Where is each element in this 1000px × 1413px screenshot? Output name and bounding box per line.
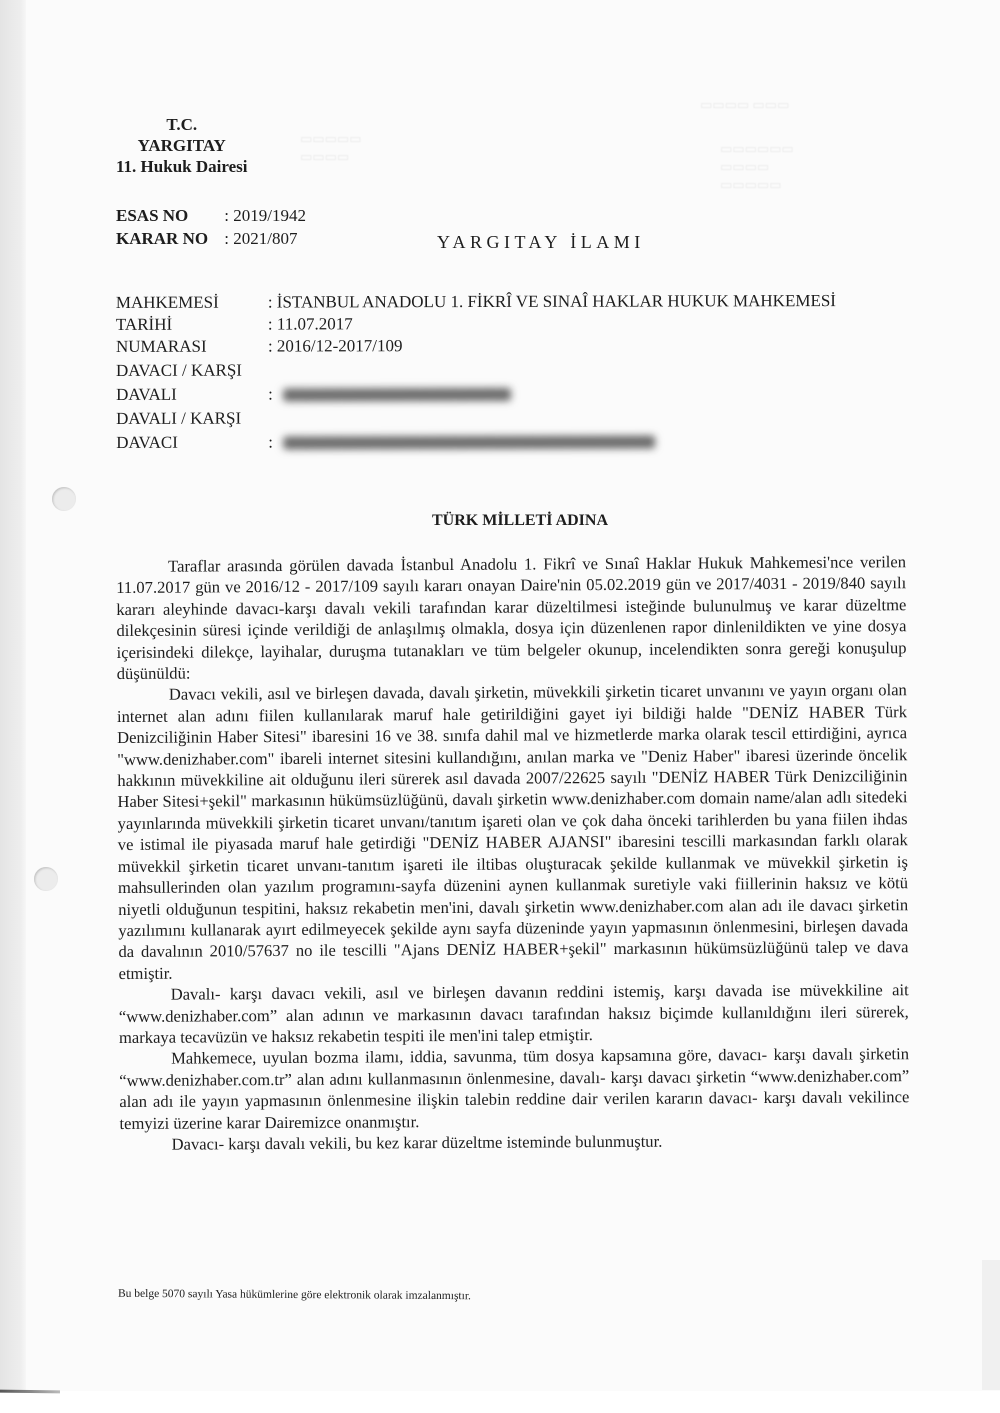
numarasi-label: NUMARASI xyxy=(116,336,268,358)
decision-body: Taraflar arasında görülen davada İstanbu… xyxy=(116,551,910,1155)
paper-corner-shadow xyxy=(0,1390,60,1394)
davaci-label: DAVACI xyxy=(116,432,268,454)
e-signature-note: Bu belge 5070 sayılı Yasa hükümlerine gö… xyxy=(118,1288,471,1302)
davaci-karsi-label: DAVACI / KARŞI xyxy=(116,360,268,382)
chamber-name: 11. Hukuk Dairesi xyxy=(116,156,247,177)
esas-no-value: : 2019/1942 xyxy=(224,206,306,225)
court-header: T.C. YARGITAY 11. Hukuk Dairesi xyxy=(116,114,247,177)
punch-hole-icon xyxy=(34,867,58,891)
mahkemesi-value: : İSTANBUL ANADOLU 1. FİKRÎ VE SINAÎ HAK… xyxy=(268,290,836,313)
scan-edge-right xyxy=(982,1260,1000,1390)
davali-colon: : xyxy=(268,384,273,406)
scan-bottom-margin xyxy=(0,1391,1000,1413)
numarasi-value: : 2016/12-2017/109 xyxy=(268,335,403,357)
davali-label: DAVALI xyxy=(116,384,268,406)
tarihi-value: : 11.07.2017 xyxy=(268,313,353,335)
scan-edge-shadow xyxy=(0,0,26,1390)
paragraph: Davacı vekili, asıl ve birleşen davada, … xyxy=(117,680,909,985)
court-name: YARGITAY xyxy=(116,135,247,156)
bleed-through-mark: ▭▭▭▭▭▭▭▭▭ xyxy=(300,130,361,166)
paragraph: Taraflar arasında görülen davada İstanbu… xyxy=(116,551,907,684)
redacted-davali-name xyxy=(283,388,511,402)
section-title: TÜRK MİLLETİ ADINA xyxy=(0,512,1000,530)
document-title: YARGITAY İLAMI xyxy=(437,232,645,253)
paragraph: Davalı- karşı davacı vekili, asıl ve bir… xyxy=(119,979,909,1048)
paragraph: Davacı- karşı davalı vekili, bu kez kara… xyxy=(120,1129,910,1155)
bleed-through-mark: ▭▭▭▭ ▭▭▭ xyxy=(700,96,789,114)
davali-karsi-label: DAVALI / KARŞI xyxy=(116,408,268,430)
davaci-colon: : xyxy=(268,432,273,454)
paragraph: Mahkemece, uyulan bozma ilamı, iddia, sa… xyxy=(119,1044,910,1134)
parties-block: MAHKEMESİ : İSTANBUL ANADOLU 1. FİKRÎ VE… xyxy=(116,290,837,454)
punch-hole-icon xyxy=(52,487,76,511)
redacted-davaci-name xyxy=(283,436,655,450)
karar-no-label: KARAR NO xyxy=(116,227,220,250)
mahkemesi-label: MAHKEMESİ xyxy=(116,292,268,314)
case-numbers: ESAS NO : 2019/1942 KARAR NO : 2021/807 xyxy=(116,204,306,250)
karar-no-value: : 2021/807 xyxy=(224,229,297,248)
esas-no-label: ESAS NO xyxy=(116,204,220,227)
bleed-through-mark: ▭▭▭▭▭▭▭▭▭▭▭▭▭▭▭ xyxy=(720,140,794,194)
tarihi-label: TARİHİ xyxy=(116,314,268,336)
country-label: T.C. xyxy=(116,114,247,135)
